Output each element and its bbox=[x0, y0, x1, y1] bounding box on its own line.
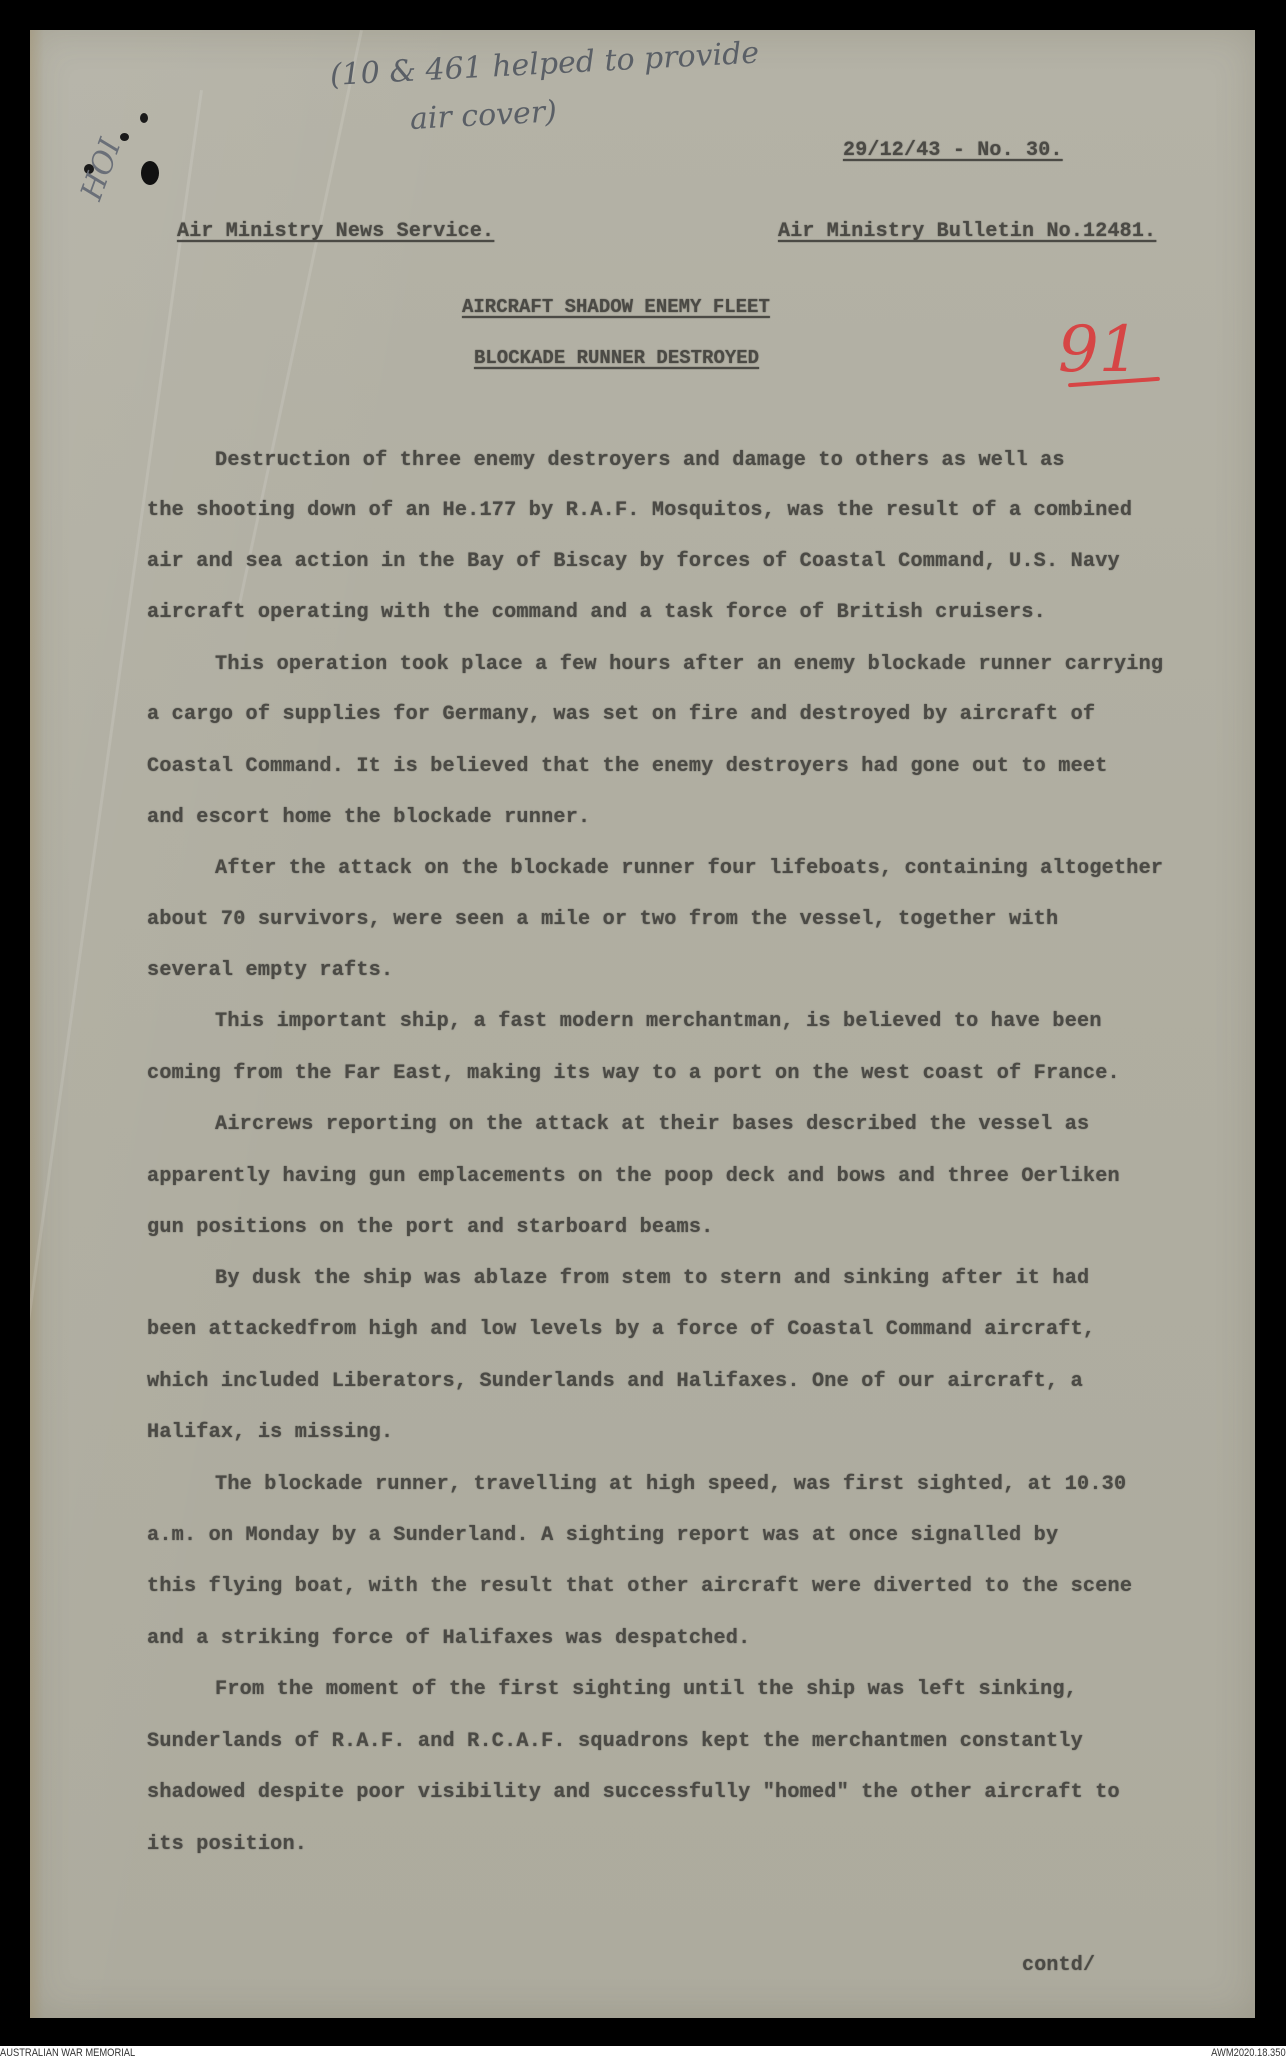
paragraph-4-line-1: This important ship, a fast modern merch… bbox=[215, 1010, 1102, 1033]
paragraph-7-line-4: and a striking force of Halifaxes was de… bbox=[147, 1627, 750, 1650]
paragraph-8-line-4: its position. bbox=[147, 1833, 307, 1856]
punch-hole bbox=[120, 133, 129, 141]
left-header: Air Ministry News Service. bbox=[177, 220, 494, 243]
paragraph-8-line-3: shadowed despite poor visibility and suc… bbox=[147, 1781, 1120, 1804]
paper-crease bbox=[235, 30, 363, 618]
paragraph-3-line-1: After the attack on the blockade runner … bbox=[215, 857, 1163, 880]
paragraph-6-line-2: been attackedfrom high and low levels by… bbox=[147, 1318, 1095, 1341]
paragraph-6-line-3: which included Liberators, Sunderlands a… bbox=[147, 1370, 1083, 1393]
continued-marker: contd/ bbox=[1022, 1954, 1095, 1977]
paragraph-5-line-1: Aircrews reporting on the attack at thei… bbox=[215, 1113, 1089, 1136]
paragraph-5-line-3: gun positions on the port and starboard … bbox=[147, 1216, 713, 1239]
paragraph-3-line-3: several empty rafts. bbox=[147, 959, 393, 982]
paragraph-7-line-2: a.m. on Monday by a Sunderland. A sighti… bbox=[147, 1524, 1058, 1547]
paragraph-2-line-1: This operation took place a few hours af… bbox=[215, 653, 1163, 676]
paragraph-1-line-2: the shooting down of an He.177 by R.A.F.… bbox=[147, 499, 1132, 522]
paragraph-3-line-2: about 70 survivors, were seen a mile or … bbox=[147, 908, 1058, 931]
paragraph-5-line-2: apparently having gun emplacements on th… bbox=[147, 1165, 1120, 1188]
paragraph-4-line-2: coming from the Far East, making its way… bbox=[147, 1062, 1120, 1085]
punch-hole bbox=[140, 113, 148, 123]
footer-band bbox=[0, 2046, 1286, 2061]
footer-source: AUSTRALIAN WAR MEMORIAL bbox=[0, 2047, 135, 2059]
paper-crease bbox=[30, 90, 203, 2018]
punch-hole bbox=[141, 161, 159, 185]
paragraph-7-line-1: The blockade runner, travelling at high … bbox=[215, 1473, 1126, 1496]
paragraph-2-line-3: Coastal Command. It is believed that the… bbox=[147, 755, 1108, 778]
paragraph-6-line-1: By dusk the ship was ablaze from stem to… bbox=[215, 1267, 1089, 1290]
date-line: 29/12/43 - No. 30. bbox=[843, 139, 1063, 162]
title-line-1: AIRCRAFT SHADOW ENEMY FLEET bbox=[462, 296, 770, 318]
paragraph-7-line-3: this flying boat, with the result that o… bbox=[147, 1575, 1132, 1598]
paragraph-1-line-4: aircraft operating with the command and … bbox=[147, 601, 1046, 624]
paragraph-1-line-1: Destruction of three enemy destroyers an… bbox=[215, 449, 1065, 472]
right-header: Air Ministry Bulletin No.12481. bbox=[778, 220, 1156, 243]
paragraph-6-line-4: Halifax, is missing. bbox=[147, 1421, 393, 1444]
title-line-2: BLOCKADE RUNNER DESTROYED bbox=[474, 347, 759, 369]
red-folio-number: 91 bbox=[1058, 318, 1139, 382]
paragraph-2-line-2: a cargo of supplies for Germany, was set… bbox=[147, 703, 1095, 726]
paragraph-8-line-2: Sunderlands of R.A.F. and R.C.A.F. squad… bbox=[147, 1730, 1083, 1753]
paragraph-1-line-3: air and sea action in the Bay of Biscay … bbox=[147, 550, 1120, 573]
paragraph-2-line-4: and escort home the blockade runner. bbox=[147, 806, 590, 829]
paragraph-8-line-1: From the moment of the first sighting un… bbox=[215, 1678, 1077, 1701]
footer-accession-id: AWM2020.18.350 bbox=[1211, 2047, 1286, 2059]
